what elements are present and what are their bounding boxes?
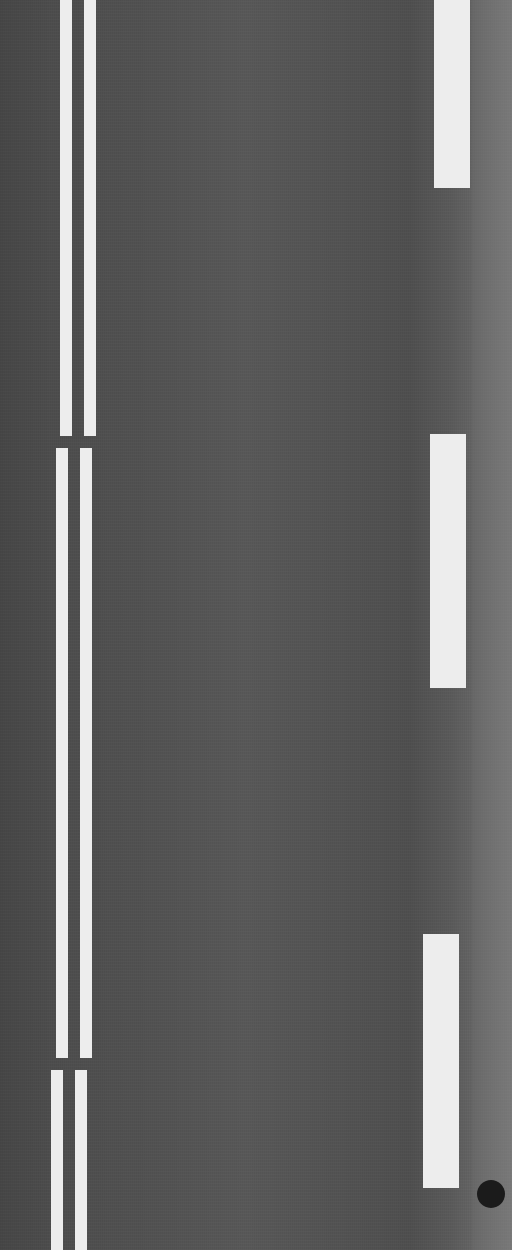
pothole	[477, 1180, 505, 1208]
road-shoulder	[472, 0, 512, 1250]
double-solid-line	[60, 0, 72, 436]
double-solid-line	[84, 0, 96, 436]
double-solid-line	[75, 1070, 87, 1250]
dashed-lane-marking	[434, 0, 470, 188]
dashed-lane-marking	[430, 434, 466, 688]
road-scene: Top-down aerial view of an asphalt road …	[0, 0, 512, 1250]
double-solid-line	[80, 448, 92, 1058]
double-solid-line	[56, 448, 68, 1058]
double-solid-line	[51, 1070, 63, 1250]
dashed-lane-marking	[423, 934, 459, 1188]
